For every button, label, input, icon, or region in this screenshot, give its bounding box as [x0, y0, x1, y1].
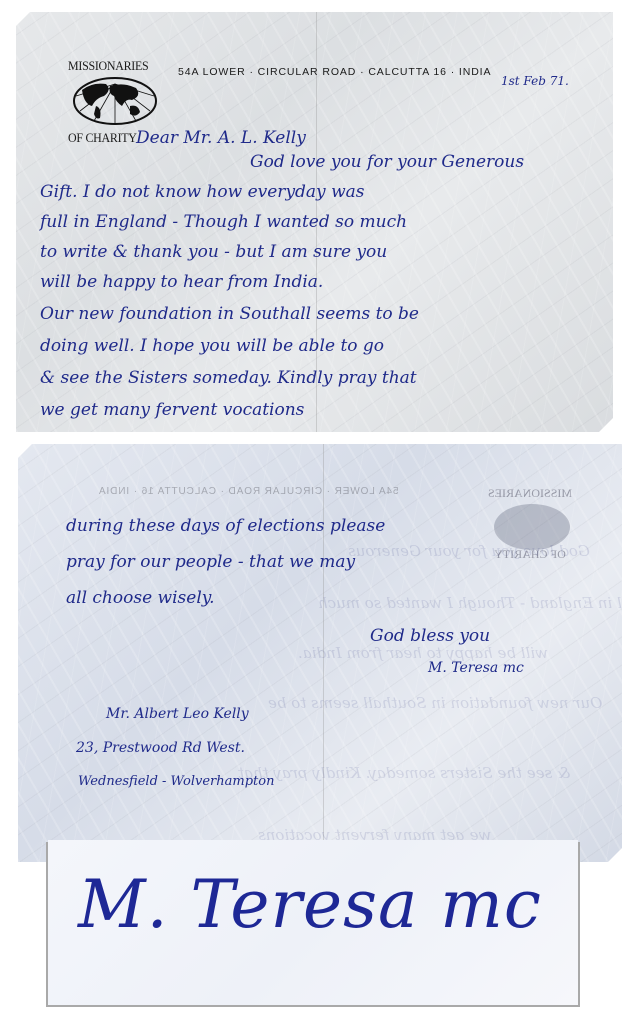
body-line: full in England - Though I wanted so muc… — [40, 212, 407, 232]
recipient-street: 23, Prestwood Rd West. — [76, 740, 245, 756]
letter-page-back: 54A LOWER · CIRCULAR ROAD · CALCUTTA 16 … — [18, 444, 622, 862]
body-line: & see the Sisters someday. Kindly pray t… — [40, 368, 417, 388]
body-line: pray for our people - that we may — [66, 552, 355, 572]
body-line: God love you for your Generous — [250, 152, 524, 172]
body-line: all choose wisely. — [66, 588, 215, 608]
letterhead-address: 54A LOWER · CIRCULAR ROAD · CALCUTTA 16 … — [178, 66, 491, 78]
closing: God bless you — [370, 626, 490, 646]
body-line: Our new foundation in Southall seems to … — [40, 304, 419, 324]
recipient-town: Wednesfield - Wolverhampton — [78, 774, 274, 789]
show-through-text: Our new foundation in Southall seems to … — [268, 694, 602, 712]
letterhead-logo-line1: MISSIONARIES — [68, 58, 148, 74]
salutation: Dear Mr. A. L. Kelly — [136, 128, 306, 148]
letterhead-logo-line2: OF CHARITY — [68, 130, 137, 146]
body-line: will be happy to hear from India. — [40, 272, 323, 292]
recipient-name: Mr. Albert Leo Kelly — [106, 706, 249, 722]
body-line: doing well. I hope you will be able to g… — [40, 336, 384, 356]
signature-closeup: M. Teresa mc — [48, 840, 578, 1005]
show-through-address: 54A LOWER · CIRCULAR ROAD · CALCUTTA 16 … — [98, 486, 399, 497]
body-line: during these days of elections please — [66, 516, 385, 536]
show-through-text: & see the Sisters someday. Kindly pray t… — [238, 764, 570, 782]
globe-icon — [72, 76, 158, 126]
letter-page-front: MISSIONARIES OF CHARITY 54A LOWER · CIRC… — [16, 12, 613, 432]
body-line: to write & thank you - but I am sure you — [40, 242, 387, 262]
signature: M. Teresa mc — [428, 660, 524, 676]
body-line: we get many fervent vocations — [40, 400, 304, 420]
signature-enlarged: M. Teresa mc — [78, 866, 542, 943]
letter-date: 1st Feb 71. — [501, 74, 569, 88]
show-through-text: full in England - Though I wanted so muc… — [318, 594, 639, 612]
show-through-logo-line1: MISSIONARIES — [488, 486, 572, 501]
body-line: Gift. I do not know how everyday was — [40, 182, 364, 202]
show-through-text: God love you for your Generous — [348, 542, 590, 560]
